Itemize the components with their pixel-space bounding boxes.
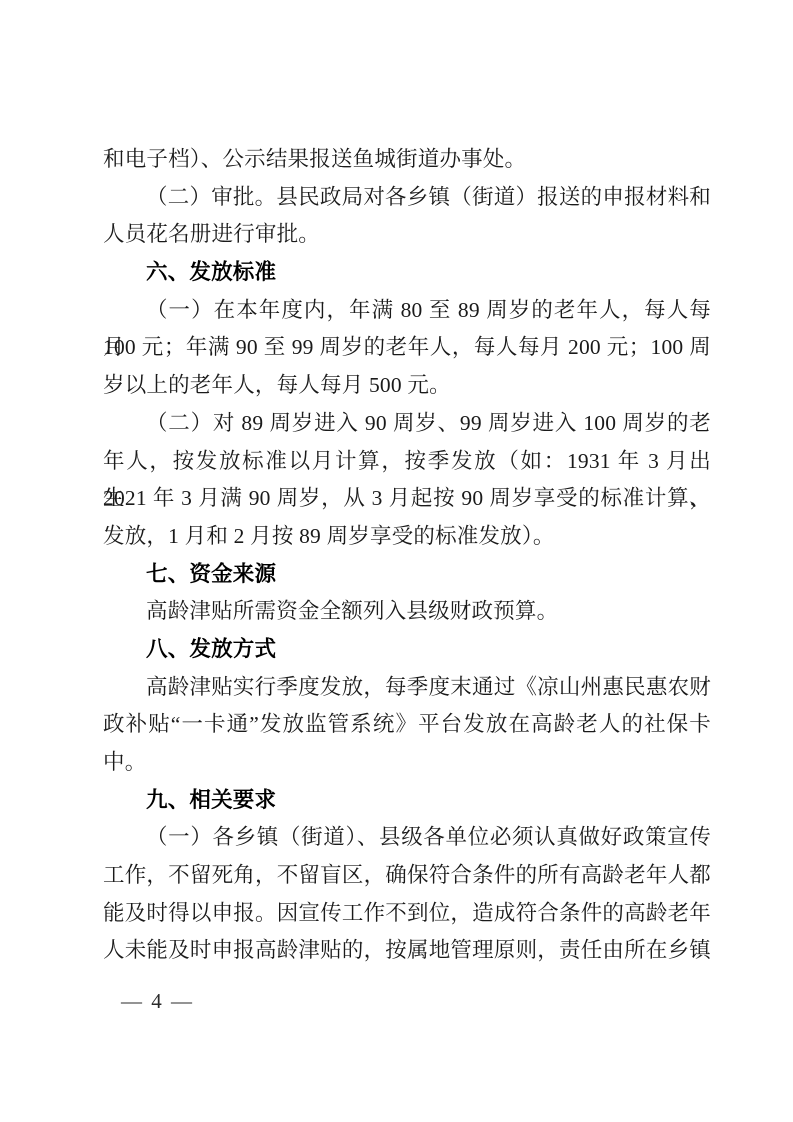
body-line: 能及时得以申报。因宣传工作不到位，造成符合条件的高龄老年	[103, 895, 711, 933]
body-line: 中。	[103, 744, 711, 782]
body-line: 2021 年 3 月满 90 周岁，从 3 月起按 90 周岁享受的标准计算、	[103, 480, 711, 518]
body-line: 人员花名册进行审批。	[103, 216, 711, 254]
body-line: 和电子档）、公示结果报送鱼城街道办事处。	[103, 141, 711, 179]
body-line: 人未能及时申报高龄津贴的，按属地管理原则，责任由所在乡镇	[103, 932, 711, 970]
document-text-block: 和电子档）、公示结果报送鱼城街道办事处。 （二）审批。县民政局对各乡镇（街道）报…	[103, 141, 711, 970]
body-line: 100 元；年满 90 至 99 周岁的老年人，每人每月 200 元；100 周	[103, 329, 711, 367]
heading-standards: 六、发放标准	[103, 254, 711, 292]
body-line: （二）审批。县民政局对各乡镇（街道）报送的申报材料和	[103, 179, 711, 217]
body-line: 岁以上的老年人，每人每月 500 元。	[103, 367, 711, 405]
body-line: 高龄津贴所需资金全额列入县级财政预算。	[103, 593, 711, 631]
body-line: 工作，不留死角，不留盲区，确保符合条件的所有高龄老年人都	[103, 857, 711, 895]
body-line: （一）各乡镇（街道）、县级各单位必须认真做好政策宣传	[103, 819, 711, 857]
body-line: 发放，1 月和 2 月按 89 周岁享受的标准发放）。	[103, 518, 711, 556]
heading-payment-method: 八、发放方式	[103, 631, 711, 669]
body-line: 高龄津贴实行季度发放，每季度末通过《凉山州惠民惠农财	[103, 669, 711, 707]
body-line: 年人，按发放标准以月计算，按季发放（如：1931 年 3 月出生，	[103, 443, 711, 481]
heading-requirements: 九、相关要求	[103, 782, 711, 820]
body-line: （二）对 89 周岁进入 90 周岁、99 周岁进入 100 周岁的老	[103, 405, 711, 443]
document-page: 和电子档）、公示结果报送鱼城街道办事处。 （二）审批。县民政局对各乡镇（街道）报…	[0, 0, 793, 1122]
heading-funding-source: 七、资金来源	[103, 556, 711, 594]
body-line: 政补贴“一卡通”发放监管系统》平台发放在高龄老人的社保卡	[103, 706, 711, 744]
body-line: （一）在本年度内，年满 80 至 89 周岁的老年人，每人每月	[103, 292, 711, 330]
page-number: — 4 —	[121, 988, 194, 1014]
